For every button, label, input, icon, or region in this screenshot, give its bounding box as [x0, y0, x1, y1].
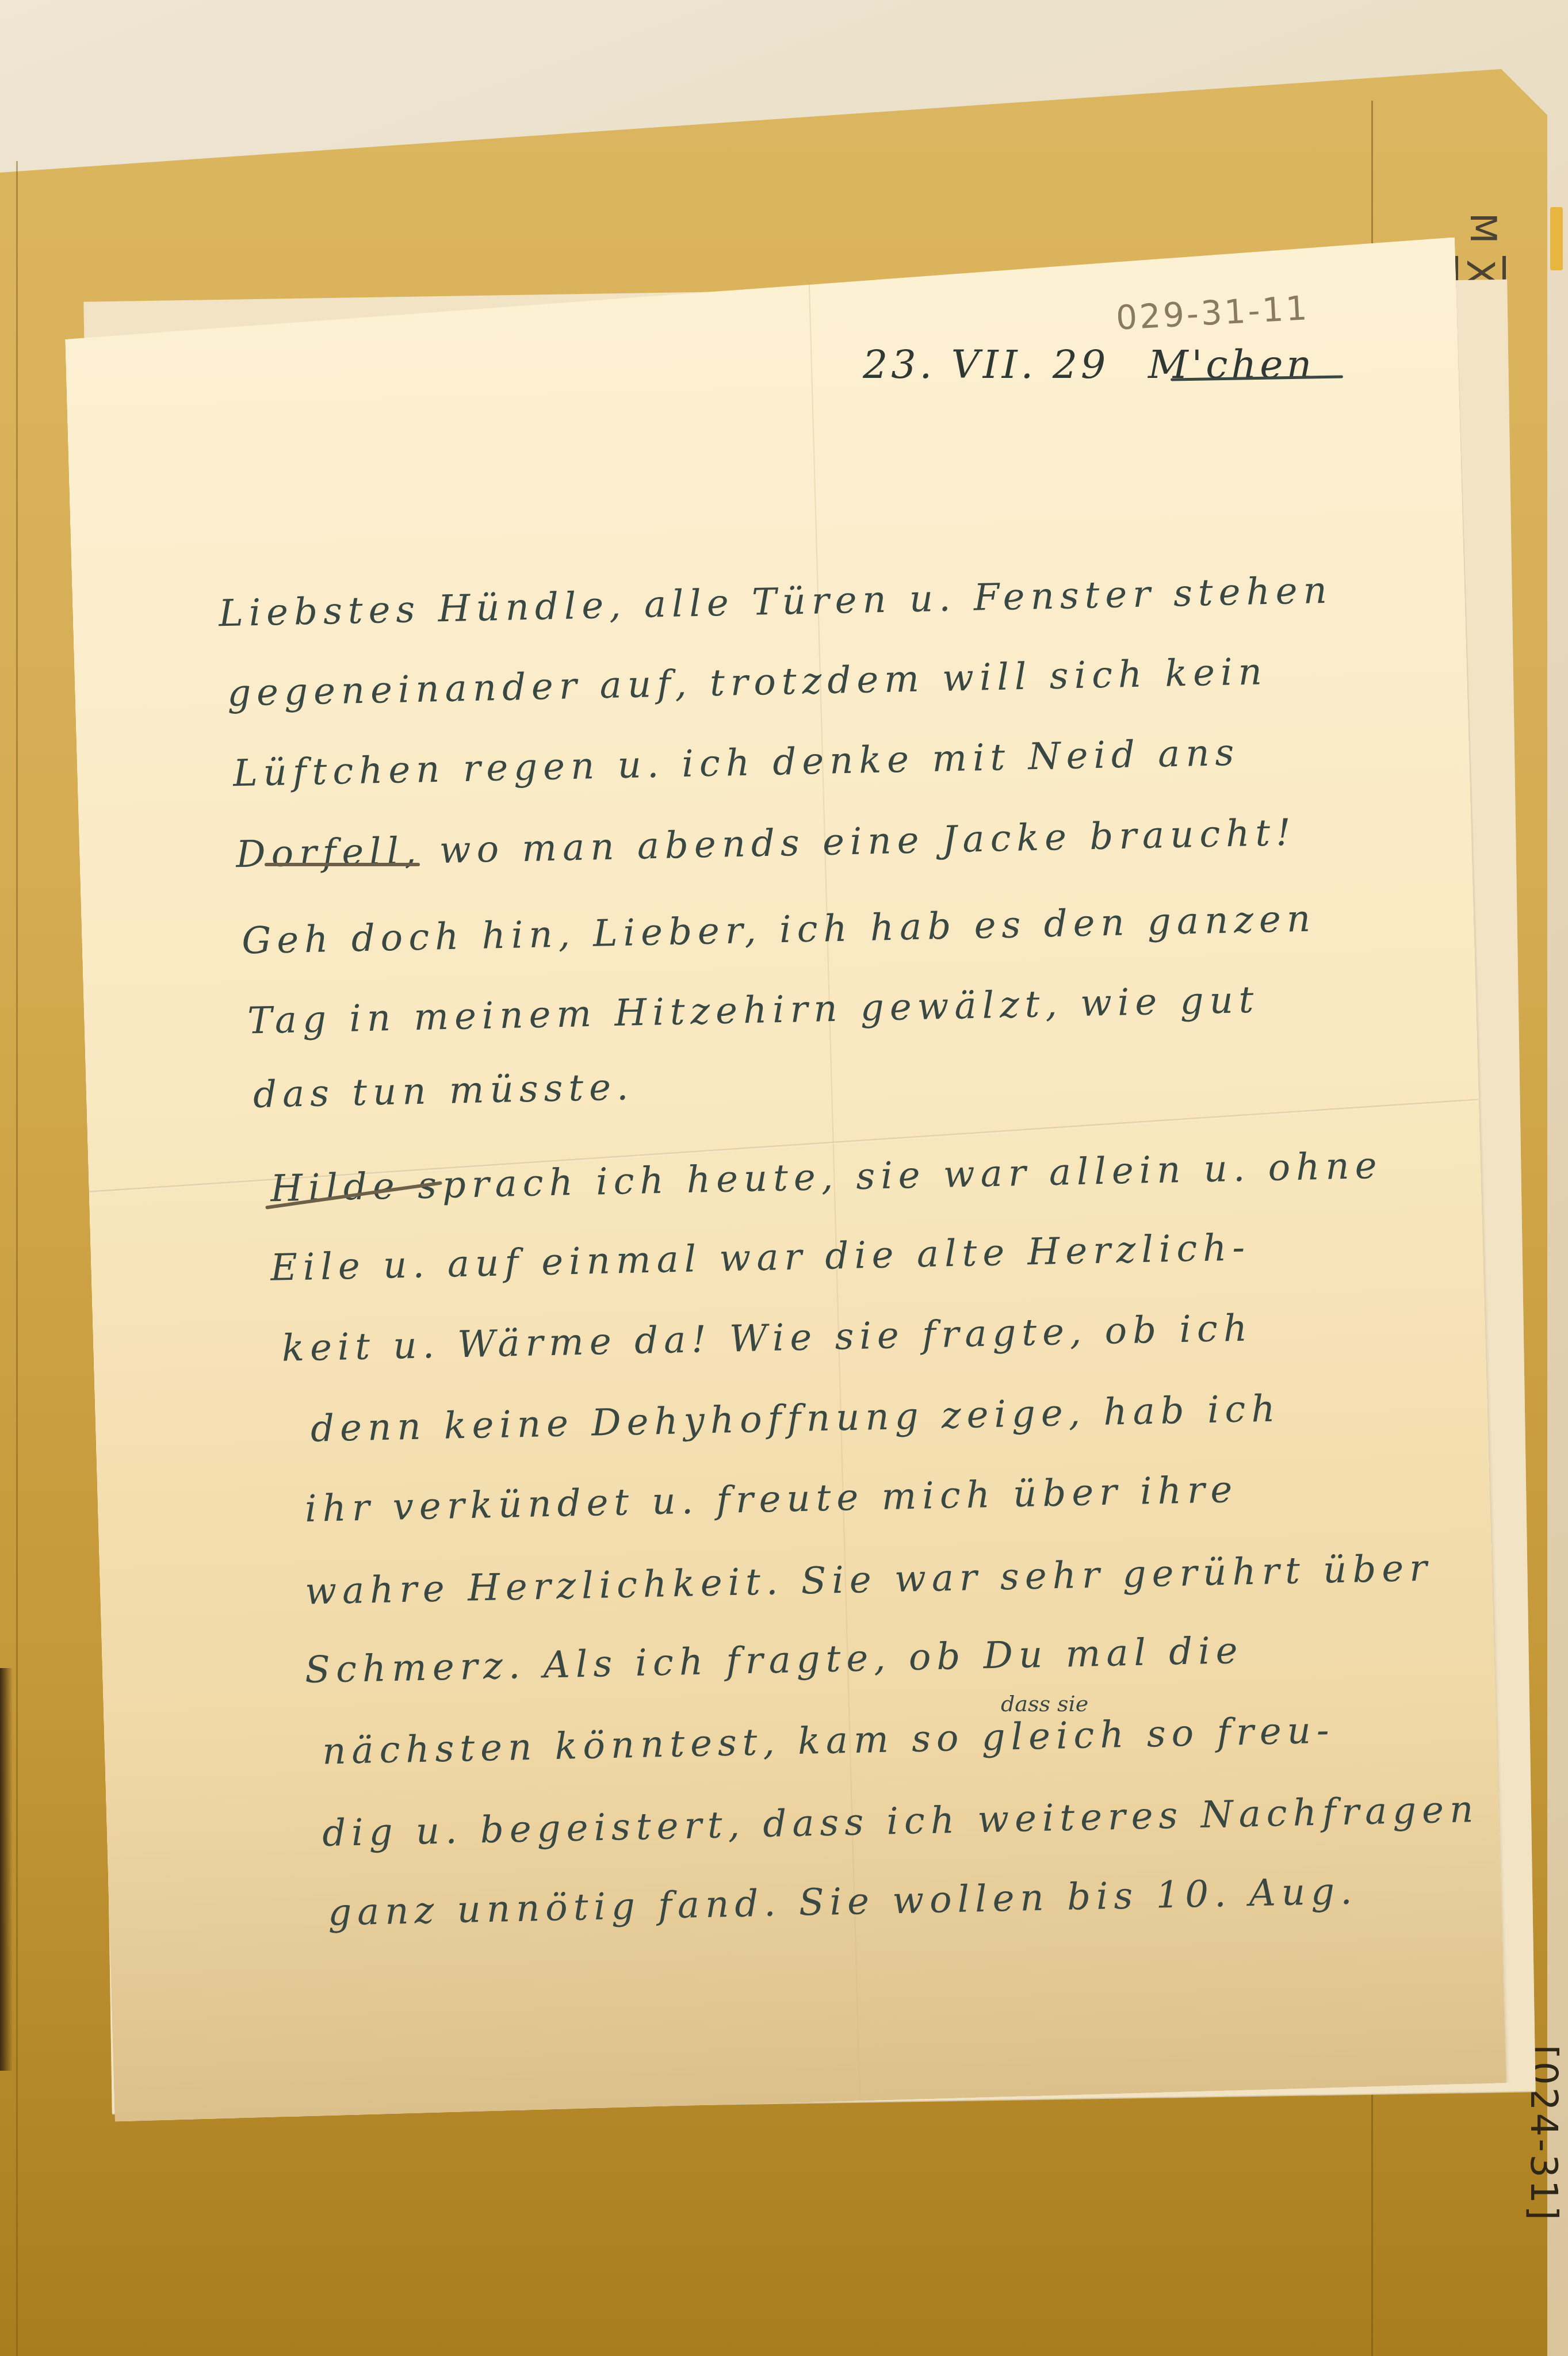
- letter-line-7: das tun müsste.: [253, 1066, 634, 1116]
- folder-crease-left: [16, 161, 18, 2356]
- folder-series-letter: M: [1462, 213, 1504, 244]
- folder-tab-clip: [1550, 207, 1563, 270]
- underline-dorfell: [265, 863, 420, 866]
- folder-edge-shadow: [0, 1668, 13, 2071]
- letter-date: 23. VII. 29: [863, 342, 1109, 388]
- letter-insertion: dass sie: [1001, 1691, 1088, 1716]
- letter-dateline: 23. VII. 29 M'chen: [863, 342, 1315, 388]
